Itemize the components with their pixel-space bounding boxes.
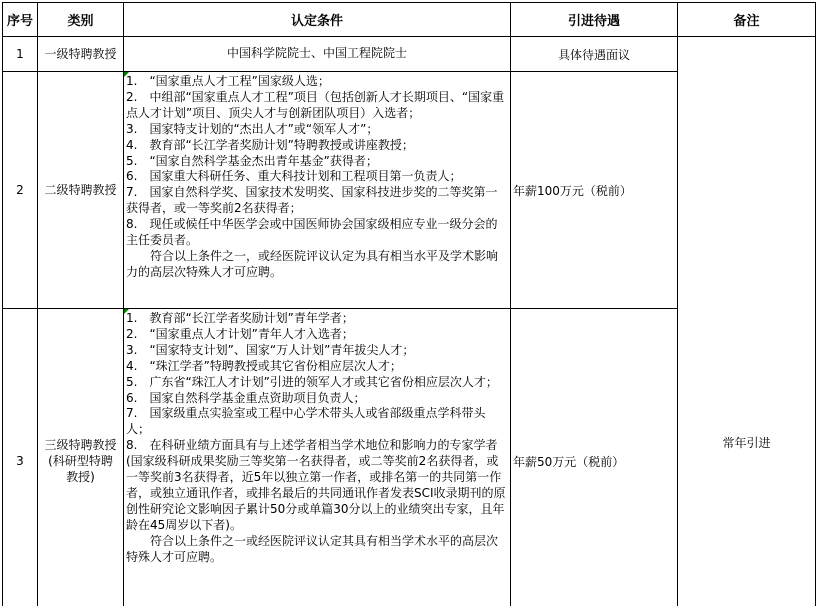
conditions-text: 1. “国家重点人才工程”国家级人选； 2. 中组部“国家重点人才工程”项目（包… (126, 74, 504, 279)
col-header-serial: 序号 (3, 3, 38, 37)
col-header-remark: 备注 (678, 3, 816, 37)
cell-conditions-1: 中国科学院院士、中国工程院院士 (124, 37, 511, 72)
table-row: 1 一级特聘教授 中国科学院院士、中国工程院院士 具体待遇面议 常年引进 (3, 37, 816, 72)
cell-comment-marker-icon (124, 72, 129, 77)
cell-comment-marker-icon (124, 309, 129, 314)
cell-serial-3: 3 (3, 309, 38, 606)
cell-treatment-2: 年薪100万元（税前） (511, 72, 678, 309)
cell-remark-merged: 常年引进 (678, 37, 816, 606)
cell-conditions-3: 1. 教育部“长江学者奖励计划”青年学者； 2. “国家重点人才计划”青年人才入… (124, 309, 511, 606)
talent-recruitment-table: 序号 类别 认定条件 引进待遇 备注 1 一级特聘教授 中国科学院院士、中国工程… (2, 2, 816, 606)
remark-text: 常年引进 (678, 434, 815, 451)
cell-treatment-3: 年薪50万元（税前） (511, 309, 678, 606)
cell-category-1: 一级特聘教授 (38, 37, 124, 72)
cell-serial-1: 1 (3, 37, 38, 72)
cell-category-3: 三级特聘教授 (科研型特聘 教授) (38, 309, 124, 606)
cell-conditions-2: 1. “国家重点人才工程”国家级人选； 2. 中组部“国家重点人才工程”项目（包… (124, 72, 511, 309)
col-header-conditions: 认定条件 (124, 3, 511, 37)
header-row: 序号 类别 认定条件 引进待遇 备注 (3, 3, 816, 37)
spreadsheet-area: 序号 类别 认定条件 引进待遇 备注 1 一级特聘教授 中国科学院院士、中国工程… (2, 2, 816, 606)
conditions-text: 1. 教育部“长江学者奖励计划”青年学者； 2. “国家重点人才计划”青年人才入… (126, 311, 506, 564)
cell-category-2: 二级特聘教授 (38, 72, 124, 309)
cell-serial-2: 2 (3, 72, 38, 309)
col-header-treatment: 引进待遇 (511, 3, 678, 37)
cell-treatment-1: 具体待遇面议 (511, 37, 678, 72)
col-header-category: 类别 (38, 3, 124, 37)
